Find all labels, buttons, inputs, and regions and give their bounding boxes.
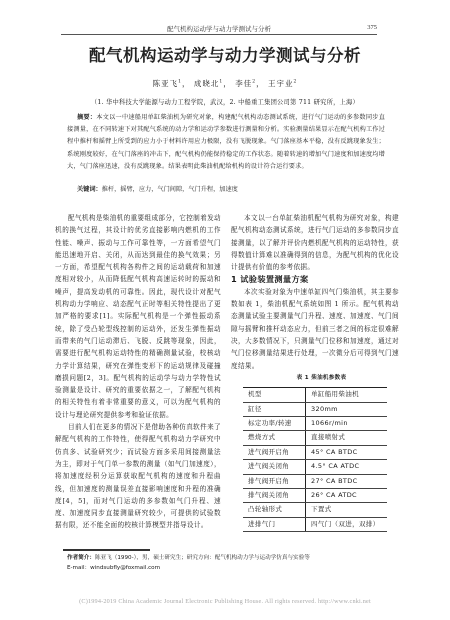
table-cell-key: 缸径: [243, 402, 306, 416]
abstract-label: 摘要：: [77, 114, 96, 121]
table-row: 进排气门四气门（双进，双排）: [243, 517, 387, 531]
table-cell-value: 27° CA BTDC: [306, 474, 388, 488]
author-email: E-mail：windsubfly@foxmail.com: [67, 564, 397, 574]
table-cell-value: 320mm: [306, 402, 388, 416]
keywords-text: 推杆，摇臂，应力，气门间隙，气门升程，加速度: [102, 186, 238, 193]
left-column: 配气机构是柴油机的重要组成部分，它控制着发动机的换气过程，其设计的优劣直接影响内…: [55, 212, 221, 532]
table-cell-key: 进气阀开启角: [243, 445, 306, 459]
abstract: 摘要：本文以一中速船用单缸柴油机为研究对象，构建配气机构动态测试系统，进行气门运…: [67, 112, 385, 173]
keywords-label: 关键词：: [77, 186, 102, 193]
table-cell-key: 进气阀关闭角: [243, 460, 306, 474]
section-heading: 1 试验装置测量方案: [231, 273, 399, 285]
author-name: 陈亚飞: [153, 79, 179, 88]
table-row: 缸径320mm: [243, 402, 387, 416]
table-cell-value: 26° CA ATDC: [306, 489, 388, 503]
table-cell-key: 进排气门: [243, 517, 306, 531]
footnote-rule: [63, 549, 150, 551]
right-column: 本文以一台单缸柴油机配气机构为研究对象，构建配气机构动态测试系统，进行气门运动的…: [231, 212, 399, 532]
table-row: 进气阀开启角45° CA BTDC: [243, 445, 387, 459]
affiliations: （1. 华中科技大学能源与动力工程学院，武汉，2. 中船重工集团公司第 711 …: [40, 97, 410, 106]
table-cell-key: 排气阀关闭角: [243, 489, 306, 503]
table-cell-key: 凸轮轴形式: [243, 503, 306, 517]
table-row: 标定功率/转速1066r/min: [243, 416, 387, 430]
table-cell-value: 下置式: [306, 503, 388, 517]
keywords: 关键词：推杆，摇臂，应力，气门间隙，气门升程，加速度: [77, 184, 387, 193]
author-affiliation-mark: 2: [252, 80, 256, 85]
body-paragraph: 本次实验对象为中速单缸四气门柴油机，其主要参数如表 1，柴油机配气系统如图 1 …: [231, 286, 399, 372]
email-label: E-mail：: [67, 565, 90, 571]
table-cell-value: 45° CA BTDC: [306, 445, 388, 459]
article-title: 配气机构运动学与动力学测试与分析: [40, 42, 410, 66]
table-row: 燃烧方式直接喷射式: [243, 431, 387, 445]
author-name: 成晓北: [194, 79, 220, 88]
intro-paragraph: 本文以一台单缸柴油机配气机构为研究对象，构建配气机构动态测试系统，进行气门运动的…: [231, 212, 399, 273]
author-name: 李佳: [235, 79, 252, 88]
body-paragraph: 配气机构是柴油机的重要组成部分，它控制着发动机的换气过程，其设计的优劣直接影响内…: [55, 212, 221, 421]
footnote: 作者简介：陈亚飞（1990-），男，硕士研究生；研究方向：配气机构动力学与运动学…: [67, 554, 397, 573]
body-paragraph: 目前人们在更多的情况下是借助各种仿真软件来了解配气机构的工作特性，使得配气机构动…: [55, 421, 221, 532]
author-list: 陈亚飞1， 成晓北1， 李佳2， 王宇业2: [40, 78, 410, 89]
page-number: 375: [355, 24, 377, 31]
author-bio-text: 陈亚飞（1990-），男，硕士研究生；研究方向：配气机构动力学与运动学仿真与实验…: [95, 555, 310, 561]
table-cell-value: 4.5° CA ATDC: [306, 460, 388, 474]
author-affiliation-mark: 1: [178, 80, 182, 85]
table-cell-key: 标定功率/转速: [243, 416, 306, 430]
author-bio: 作者简介：陈亚飞（1990-），男，硕士研究生；研究方向：配气机构动力学与运动学…: [67, 554, 397, 564]
author-bio-label: 作者简介：: [67, 555, 95, 561]
table-row: 凸轮轴形式下置式: [243, 503, 387, 517]
table-cell-value: 四气门（双进，双排）: [306, 517, 388, 531]
author-affiliation-mark: 1: [219, 80, 223, 85]
table-cell-key: 排气阀开启角: [243, 474, 306, 488]
copyright-notice: (C)1994-2019 China Academic Journal Elec…: [0, 598, 450, 605]
table-cell-value: 单缸船用柴油机: [306, 388, 388, 402]
header-rule: [61, 34, 377, 35]
table-row: 排气阀开启角27° CA BTDC: [243, 474, 387, 488]
author-name: 王宇业: [268, 79, 294, 88]
table-cell-key: 燃烧方式: [243, 431, 306, 445]
table-row: 排气阀关闭角26° CA ATDC: [243, 489, 387, 503]
author-affiliation-mark: 2: [293, 80, 297, 85]
engine-parameter-table: 机型单缸船用柴油机 缸径320mm 标定功率/转速1066r/min 燃烧方式直…: [243, 387, 387, 532]
running-head-title: 配气机构运动学与动力学测试与分析: [61, 24, 377, 33]
table-row: 机型单缸船用柴油机: [243, 388, 387, 402]
table-caption: 表 1 柴油机参数表: [231, 372, 399, 384]
table-cell-value: 直接喷射式: [306, 431, 388, 445]
table-cell-key: 机型: [243, 388, 306, 402]
table-row: 进气阀关闭角4.5° CA ATDC: [243, 460, 387, 474]
email-address: windsubfly@foxmail.com: [90, 565, 160, 571]
table-cell-value: 1066r/min: [306, 416, 388, 430]
abstract-text: 本文以一中速船用单缸柴油机为研究对象，构建配气机构动态测试系统，进行气门运动的多…: [67, 114, 385, 170]
